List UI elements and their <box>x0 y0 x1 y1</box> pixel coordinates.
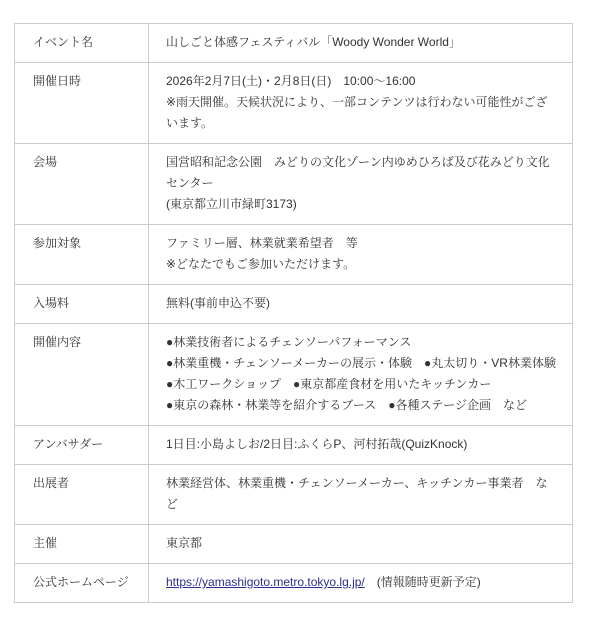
table-row: 公式ホームページ https://yamashigoto.metro.tokyo… <box>15 564 573 603</box>
row-content-official-homepage: https://yamashigoto.metro.tokyo.lg.jp/ (… <box>149 564 573 603</box>
row-content-ambassador: 1日目:小島よしお/2日目:ふくらP、河村拓哉(QuizKnock) <box>149 426 573 465</box>
row-label-exhibitors: 出展者 <box>15 465 149 525</box>
table-row: 入場料 無料(事前申込不要) <box>15 285 573 324</box>
row-label-date-time: 開催日時 <box>15 63 149 144</box>
row-label-admission-fee: 入場料 <box>15 285 149 324</box>
row-label-event-name: イベント名 <box>15 24 149 63</box>
row-label-target-participants: 参加対象 <box>15 225 149 285</box>
link-suffix-note: (情報随時更新予定) <box>365 575 481 589</box>
row-label-venue: 会場 <box>15 144 149 225</box>
event-info-table: イベント名 山しごと体感フェスティバル「Woody Wonder World」 … <box>14 23 573 603</box>
row-content-event-name: 山しごと体感フェスティバル「Woody Wonder World」 <box>149 24 573 63</box>
row-label-organizer: 主催 <box>15 525 149 564</box>
row-content-organizer: 東京都 <box>149 525 573 564</box>
row-content-admission-fee: 無料(事前申込不要) <box>149 285 573 324</box>
row-label-program: 開催内容 <box>15 324 149 426</box>
row-label-ambassador: アンバサダー <box>15 426 149 465</box>
row-label-official-homepage: 公式ホームページ <box>15 564 149 603</box>
table-row: 主催 東京都 <box>15 525 573 564</box>
table-row: 開催内容 ●林業技術者によるチェンソーパフォーマンス ●林業重機・チェンソーメー… <box>15 324 573 426</box>
table-row: 開催日時 2026年2月7日(土)・2月8日(日) 10:00〜16:00 ※雨… <box>15 63 573 144</box>
table-row: アンバサダー 1日目:小島よしお/2日目:ふくらP、河村拓哉(QuizKnock… <box>15 426 573 465</box>
row-content-venue: 国営昭和記念公園 みどりの文化ゾーン内ゆめひろば及び花みどり文化センター (東京… <box>149 144 573 225</box>
official-site-link[interactable]: https://yamashigoto.metro.tokyo.lg.jp/ <box>166 575 365 589</box>
row-content-program: ●林業技術者によるチェンソーパフォーマンス ●林業重機・チェンソーメーカーの展示… <box>149 324 573 426</box>
table-row: 会場 国営昭和記念公園 みどりの文化ゾーン内ゆめひろば及び花みどり文化センター … <box>15 144 573 225</box>
table-row: イベント名 山しごと体感フェスティバル「Woody Wonder World」 <box>15 24 573 63</box>
row-content-exhibitors: 林業経営体、林業重機・チェンソーメーカー、キッチンカー事業者 など <box>149 465 573 525</box>
table-row: 参加対象 ファミリー層、林業就業希望者 等 ※どなたでもご参加いただけます。 <box>15 225 573 285</box>
row-content-date-time: 2026年2月7日(土)・2月8日(日) 10:00〜16:00 ※雨天開催。天… <box>149 63 573 144</box>
row-content-target-participants: ファミリー層、林業就業希望者 等 ※どなたでもご参加いただけます。 <box>149 225 573 285</box>
table-row: 出展者 林業経営体、林業重機・チェンソーメーカー、キッチンカー事業者 など <box>15 465 573 525</box>
